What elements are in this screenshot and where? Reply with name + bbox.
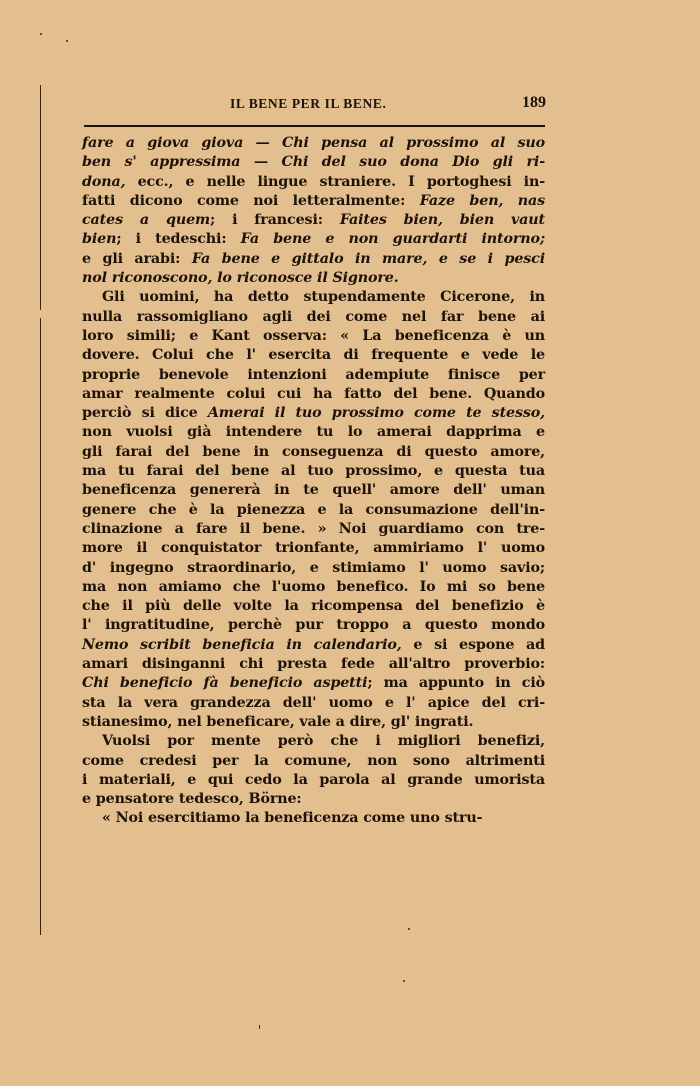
text-line: « Noi esercitiamo la beneficenza come un… (82, 809, 545, 828)
text-run: clinazione a fare il bene. » Noi guardia… (82, 521, 545, 537)
text-line: Vuolsi por mente però che i migliori ben… (82, 732, 545, 751)
text-run: perciò si dice (82, 405, 208, 421)
paper-speck (40, 33, 42, 35)
text-run: amar realmente colui cui ha fatto del be… (82, 386, 545, 402)
italic-run: bien (82, 231, 116, 247)
text-line: ma non amiamo che l'uomo benefico. Io mi… (82, 578, 545, 597)
text-line: i materiali, e qui cedo la parola al gra… (82, 771, 545, 790)
text-run: ecc., e nelle lingue straniere. I portog… (125, 174, 545, 190)
text-line: loro simili; e Kant osserva: « La benefi… (82, 327, 545, 346)
paper-speck (408, 928, 410, 930)
text-line: Chi beneficio fà beneficio aspetti; ma a… (82, 674, 545, 693)
text-line: l' ingratitudine, perchè pur troppo a qu… (82, 616, 545, 635)
text-run: « Noi esercitiamo la beneficenza come un… (102, 810, 482, 826)
italic-run: Fa bene e gittalo in mare, e se i pesci (192, 251, 545, 267)
italic-run: Faze ben, nas (420, 193, 545, 209)
text-line: ma tu farai del bene al tuo prossimo, e … (82, 462, 545, 481)
text-line: dovere. Colui che l' esercita di frequen… (82, 346, 545, 365)
paragraph: Vuolsi por mente però che i migliori ben… (82, 732, 545, 809)
running-title: IL BENE PER IL BENE. (230, 96, 386, 112)
text-run: sta la vera grandezza dell' uomo e l' ap… (82, 695, 545, 711)
paragraph: Gli uomini, ha detto stupendamente Cicer… (82, 288, 545, 732)
text-run: dovere. Colui che l' esercita di frequen… (82, 347, 545, 363)
page-number: 189 (522, 94, 546, 112)
text-run: che il più delle volte la ricompensa del… (82, 598, 545, 614)
text-run: e si espone ad (402, 637, 545, 653)
text-run: ; i francesi: (210, 212, 340, 228)
text-run: genere che è la pienezza e la consumazio… (82, 502, 545, 518)
italic-run: fare a giova giova — Chi pensa al prossi… (82, 135, 545, 151)
text-run: come credesi per la comune, non sono alt… (82, 753, 545, 769)
text-line: amari disinganni chi presta fede all'alt… (82, 655, 545, 674)
paper-speck (403, 980, 405, 982)
text-run: proprie benevole intenzioni adempiute fi… (82, 367, 545, 383)
paragraph: « Noi esercitiamo la beneficenza come un… (82, 809, 545, 828)
text-line: e pensatore tedesco, Börne: (82, 790, 545, 809)
text-line: gli farai del bene in conseguenza di que… (82, 443, 545, 462)
text-line: genere che è la pienezza e la consumazio… (82, 501, 545, 520)
text-run: nulla rassomigliano agli dei come nel fa… (82, 309, 545, 325)
body-text: fare a giova giova — Chi pensa al prossi… (82, 134, 545, 829)
text-line: nol riconoscono, lo riconosce il Signore… (82, 269, 545, 288)
italic-run: Chi beneficio fà beneficio aspetti (82, 675, 367, 691)
text-line: ben s' appressima — Chi del suo dona Dio… (82, 153, 545, 172)
text-line: d' ingegno straordinario, e stimiamo l' … (82, 559, 545, 578)
text-line: fatti dicono come noi letteralmente: Faz… (82, 192, 545, 211)
text-run: i materiali, e qui cedo la parola al gra… (82, 772, 545, 788)
text-line: e gli arabi: Fa bene e gittalo in mare, … (82, 250, 545, 269)
text-line: sta la vera grandezza dell' uomo e l' ap… (82, 694, 545, 713)
text-run: Vuolsi por mente però che i migliori ben… (102, 733, 545, 749)
text-line: clinazione a fare il bene. » Noi guardia… (82, 520, 545, 539)
text-line: Gli uomini, ha detto stupendamente Cicer… (82, 288, 545, 307)
text-run: loro simili; e Kant osserva: « La benefi… (82, 328, 545, 344)
text-run: l' ingratitudine, perchè pur troppo a qu… (82, 617, 545, 633)
text-line: amar realmente colui cui ha fatto del be… (82, 385, 545, 404)
gutter-scan-line (40, 85, 41, 310)
text-run: e gli arabi: (82, 251, 192, 267)
text-run: ma non amiamo che l'uomo benefico. Io mi… (82, 579, 545, 595)
text-run: ; ma appunto in ciò (367, 675, 545, 691)
italic-run: nol riconoscono, lo riconosce il Signore… (82, 270, 399, 286)
text-run: stianesimo, nel beneficare, vale a dire,… (82, 714, 473, 730)
italic-run: Amerai il tuo prossimo come te stesso, (208, 405, 545, 421)
italic-run: ben s' appressima — Chi del suo dona Dio… (82, 154, 545, 170)
text-line: stianesimo, nel beneficare, vale a dire,… (82, 713, 545, 732)
text-run: d' ingegno straordinario, e stimiamo l' … (82, 560, 545, 576)
text-line: more il conquistator trionfante, ammiria… (82, 539, 545, 558)
text-run: Gli uomini, ha detto stupendamente Cicer… (102, 289, 545, 305)
italic-run: Faites bien, bien vaut (340, 212, 545, 228)
header-rule (84, 125, 545, 127)
page-header: IL BENE PER IL BENE. 189 (80, 96, 546, 116)
text-line: non vuolsi già intendere tu lo amerai da… (82, 423, 545, 442)
text-line: bien; i tedeschi: Fa bene e non guardart… (82, 230, 545, 249)
text-line: come credesi per la comune, non sono alt… (82, 752, 545, 771)
italic-run: Fa bene e non guardarti intorno; (241, 231, 545, 247)
text-run: e pensatore tedesco, Börne: (82, 791, 302, 807)
paragraph: fare a giova giova — Chi pensa al prossi… (82, 134, 545, 288)
text-line: nulla rassomigliano agli dei come nel fa… (82, 308, 545, 327)
text-line: beneficenza genererà in te quell' amore … (82, 481, 545, 500)
text-run: ; i tedeschi: (116, 231, 240, 247)
text-run: beneficenza genererà in te quell' amore … (82, 482, 545, 498)
text-line: fare a giova giova — Chi pensa al prossi… (82, 134, 545, 153)
text-run: fatti dicono come noi letteralmente: (82, 193, 420, 209)
text-run: amari disinganni chi presta fede all'alt… (82, 656, 545, 672)
text-line: cates a quem; i francesi: Faites bien, b… (82, 211, 545, 230)
italic-run: dona, (82, 174, 125, 190)
italic-run: cates a quem (82, 212, 210, 228)
text-run: ma tu farai del bene al tuo prossimo, e … (82, 463, 545, 479)
text-run: more il conquistator trionfante, ammiria… (82, 540, 545, 556)
text-line: proprie benevole intenzioni adempiute fi… (82, 366, 545, 385)
paper-speck (259, 1025, 260, 1029)
text-line: che il più delle volte la ricompensa del… (82, 597, 545, 616)
text-line: Nemo scribit beneficia in calendario, e … (82, 636, 545, 655)
italic-run: Nemo scribit beneficia in calendario, (82, 637, 402, 653)
text-run: gli farai del bene in conseguenza di que… (82, 444, 545, 460)
gutter-scan-line (40, 410, 41, 935)
text-line: dona, ecc., e nelle lingue straniere. I … (82, 173, 545, 192)
paper-speck (66, 40, 68, 42)
book-page: IL BENE PER IL BENE. 189 fare a giova gi… (0, 0, 700, 1086)
text-line: perciò si dice Amerai il tuo prossimo co… (82, 404, 545, 423)
text-run: non vuolsi già intendere tu lo amerai da… (82, 424, 545, 440)
